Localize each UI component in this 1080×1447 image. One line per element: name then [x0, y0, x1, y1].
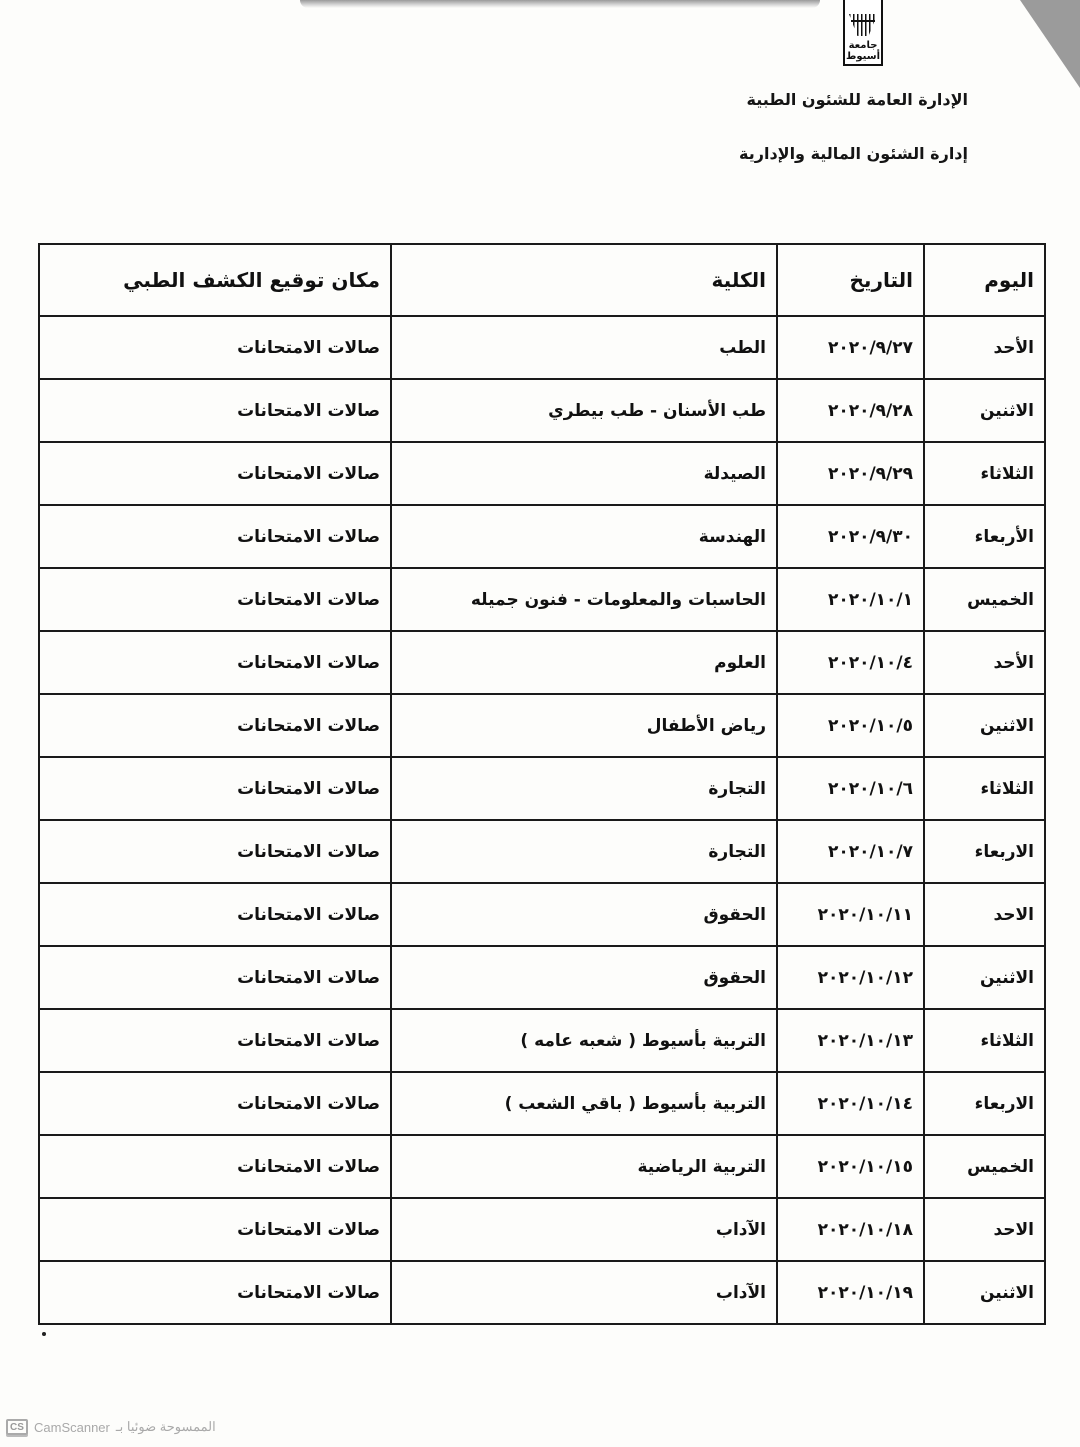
- day-cell: الاربعاء: [924, 820, 1045, 883]
- date-cell: ٢٠٢٠/٩/٢٨: [777, 379, 924, 442]
- scan-shadow-top: [300, 0, 820, 8]
- faculty-cell: التربية الرياضية: [391, 1135, 777, 1198]
- place-cell: صالات الامتحانات: [39, 1072, 391, 1135]
- day-cell: الاحد: [924, 883, 1045, 946]
- place-cell: صالات الامتحانات: [39, 316, 391, 379]
- table-row: الخميس٢٠٢٠/١٠/١٥التربية الرياضيةصالات ال…: [39, 1135, 1045, 1198]
- place-cell: صالات الامتحانات: [39, 1009, 391, 1072]
- place-cell: صالات الامتحانات: [39, 757, 391, 820]
- faculty-cell: التجارة: [391, 820, 777, 883]
- date-cell: ٢٠٢٠/١٠/٤: [777, 631, 924, 694]
- day-cell: الخميس: [924, 568, 1045, 631]
- column-header-place: مكان توقيع الكشف الطبي: [39, 244, 391, 316]
- date-cell: ٢٠٢٠/١٠/١٥: [777, 1135, 924, 1198]
- date-cell: ٢٠٢٠/١٠/١٨: [777, 1198, 924, 1261]
- date-cell: ٢٠٢٠/١٠/١٣: [777, 1009, 924, 1072]
- column-header-day: اليوم: [924, 244, 1045, 316]
- table-row: الاربعاء٢٠٢٠/١٠/١٤التربية بأسيوط ( باقي …: [39, 1072, 1045, 1135]
- camscanner-watermark: CS CamScanner الممسوحة ضوئيا بـ: [6, 1419, 216, 1435]
- faculty-cell: الحاسبات والمعلومات - فنون جميله: [391, 568, 777, 631]
- date-cell: ٢٠٢٠/١٠/٦: [777, 757, 924, 820]
- table-row: الخميس٢٠٢٠/١٠/١الحاسبات والمعلومات - فنو…: [39, 568, 1045, 631]
- place-cell: صالات الامتحانات: [39, 568, 391, 631]
- place-cell: صالات الامتحانات: [39, 442, 391, 505]
- day-cell: الأحد: [924, 631, 1045, 694]
- faculty-cell: التجارة: [391, 757, 777, 820]
- day-cell: الاثنين: [924, 379, 1045, 442]
- place-cell: صالات الامتحانات: [39, 1135, 391, 1198]
- date-cell: ٢٠٢٠/١٠/٧: [777, 820, 924, 883]
- logo-text-line1: جامعة: [846, 40, 880, 51]
- table-row: الاثنين٢٠٢٠/١٠/٥رياض الأطفالصالات الامتح…: [39, 694, 1045, 757]
- day-cell: الاربعاء: [924, 1072, 1045, 1135]
- faculty-cell: الآداب: [391, 1261, 777, 1324]
- watermark-arabic-prefix: الممسوحة ضوئيا بـ: [116, 1419, 216, 1435]
- day-cell: الثلاثاء: [924, 757, 1045, 820]
- faculty-cell: الهندسة: [391, 505, 777, 568]
- table-row: الاحد٢٠٢٠/١٠/١٨الآدابصالات الامتحانات: [39, 1198, 1045, 1261]
- logo-rays-icon: [849, 14, 877, 36]
- faculty-cell: رياض الأطفال: [391, 694, 777, 757]
- day-cell: الاثنين: [924, 946, 1045, 1009]
- day-cell: الثلاثاء: [924, 442, 1045, 505]
- day-cell: الاثنين: [924, 694, 1045, 757]
- watermark-brand: CamScanner: [34, 1420, 110, 1435]
- faculty-cell: التربية بأسيوط ( شعبه عامه ): [391, 1009, 777, 1072]
- date-cell: ٢٠٢٠/٩/٣٠: [777, 505, 924, 568]
- table-row: الثلاثاء٢٠٢٠/١٠/٦التجارةصالات الامتحانات: [39, 757, 1045, 820]
- faculty-cell: الآداب: [391, 1198, 777, 1261]
- faculty-cell: الصيدلة: [391, 442, 777, 505]
- table-row: الأربعاء٢٠٢٠/٩/٣٠الهندسةصالات الامتحانات: [39, 505, 1045, 568]
- faculty-cell: الحقوق: [391, 946, 777, 1009]
- table-row: الثلاثاء٢٠٢٠/١٠/١٣التربية بأسيوط ( شعبه …: [39, 1009, 1045, 1072]
- table-row: الاثنين٢٠٢٠/١٠/١٢الحقوقصالات الامتحانات: [39, 946, 1045, 1009]
- place-cell: صالات الامتحانات: [39, 883, 391, 946]
- faculty-cell: العلوم: [391, 631, 777, 694]
- sub-department-title: إدارة الشئون المالية والإدارية: [739, 144, 968, 163]
- day-cell: الاثنين: [924, 1261, 1045, 1324]
- column-header-faculty: الكلية: [391, 244, 777, 316]
- assiut-university-logo-icon: جامعة أسيوط: [843, 0, 883, 66]
- place-cell: صالات الامتحانات: [39, 820, 391, 883]
- table-row: الاربعاء٢٠٢٠/١٠/٧التجارةصالات الامتحانات: [39, 820, 1045, 883]
- date-cell: ٢٠٢٠/١٠/١١: [777, 883, 924, 946]
- place-cell: صالات الامتحانات: [39, 946, 391, 1009]
- faculty-cell: الحقوق: [391, 883, 777, 946]
- place-cell: صالات الامتحانات: [39, 1261, 391, 1324]
- department-title: الإدارة العامة للشئون الطبية: [747, 90, 968, 109]
- day-cell: الثلاثاء: [924, 1009, 1045, 1072]
- faculty-cell: طب الأسنان - طب بيطري: [391, 379, 777, 442]
- table-row: الاثنين٢٠٢٠/١٠/١٩الآدابصالات الامتحانات: [39, 1261, 1045, 1324]
- table-row: الأحد٢٠٢٠/٩/٢٧الطبصالات الامتحانات: [39, 316, 1045, 379]
- scan-speck: [42, 1332, 46, 1336]
- day-cell: الأحد: [924, 316, 1045, 379]
- table-row: الثلاثاء٢٠٢٠/٩/٢٩الصيدلةصالات الامتحانات: [39, 442, 1045, 505]
- logo-text-line2: أسيوط: [846, 51, 880, 62]
- table-row: الاحد٢٠٢٠/١٠/١١الحقوقصالات الامتحانات: [39, 883, 1045, 946]
- camscanner-icon: CS: [6, 1419, 28, 1435]
- logo-text: جامعة أسيوط: [846, 40, 880, 62]
- date-cell: ٢٠٢٠/٩/٢٩: [777, 442, 924, 505]
- place-cell: صالات الامتحانات: [39, 631, 391, 694]
- column-header-date: التاريخ: [777, 244, 924, 316]
- place-cell: صالات الامتحانات: [39, 505, 391, 568]
- date-cell: ٢٠٢٠/٩/٢٧: [777, 316, 924, 379]
- faculty-cell: الطب: [391, 316, 777, 379]
- table-row: الأحد٢٠٢٠/١٠/٤العلومصالات الامتحانات: [39, 631, 1045, 694]
- place-cell: صالات الامتحانات: [39, 1198, 391, 1261]
- day-cell: الأربعاء: [924, 505, 1045, 568]
- day-cell: الخميس: [924, 1135, 1045, 1198]
- medical-exam-schedule-table: اليوم التاريخ الكلية مكان توقيع الكشف ال…: [38, 243, 1046, 1325]
- date-cell: ٢٠٢٠/١٠/١٩: [777, 1261, 924, 1324]
- date-cell: ٢٠٢٠/١٠/١: [777, 568, 924, 631]
- place-cell: صالات الامتحانات: [39, 694, 391, 757]
- scan-folded-corner: [1020, 0, 1080, 88]
- table-header-row: اليوم التاريخ الكلية مكان توقيع الكشف ال…: [39, 244, 1045, 316]
- place-cell: صالات الامتحانات: [39, 379, 391, 442]
- date-cell: ٢٠٢٠/١٠/١٤: [777, 1072, 924, 1135]
- date-cell: ٢٠٢٠/١٠/١٢: [777, 946, 924, 1009]
- faculty-cell: التربية بأسيوط ( باقي الشعب ): [391, 1072, 777, 1135]
- day-cell: الاحد: [924, 1198, 1045, 1261]
- table-row: الاثنين٢٠٢٠/٩/٢٨طب الأسنان - طب بيطريصال…: [39, 379, 1045, 442]
- date-cell: ٢٠٢٠/١٠/٥: [777, 694, 924, 757]
